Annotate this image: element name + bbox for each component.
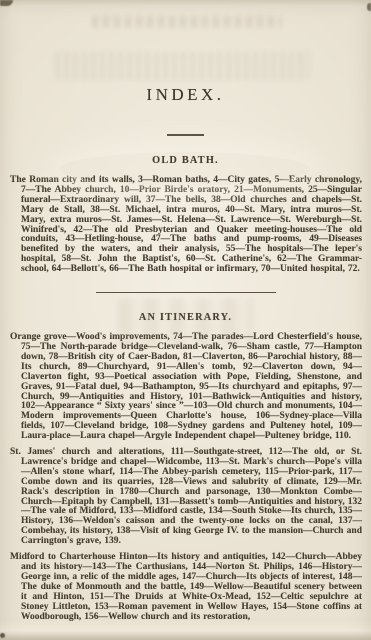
- title-divider: [167, 134, 204, 136]
- section-divider: [96, 292, 276, 293]
- index-paragraph-itinerary-1: Orange grove—Wood's improvements, 74—The…: [10, 333, 362, 442]
- page-title: INDEX.: [0, 0, 371, 105]
- section-heading-old-bath: OLD BATH.: [0, 155, 371, 166]
- scanned-book-page: INDEX. OLD BATH. The Roman city and its …: [0, 0, 371, 640]
- index-paragraph-itinerary-3: Midford to Charterhouse Hinton—Its histo…: [10, 553, 362, 622]
- index-paragraph-old-bath: The Roman city and its walls, 3—Roman ba…: [10, 176, 362, 275]
- index-paragraph-itinerary-2: St. James' church and alterations, 111—S…: [10, 448, 362, 547]
- section-heading-itinerary: AN ITINERARY.: [0, 312, 371, 323]
- page-edge-mark: [0, 633, 5, 638]
